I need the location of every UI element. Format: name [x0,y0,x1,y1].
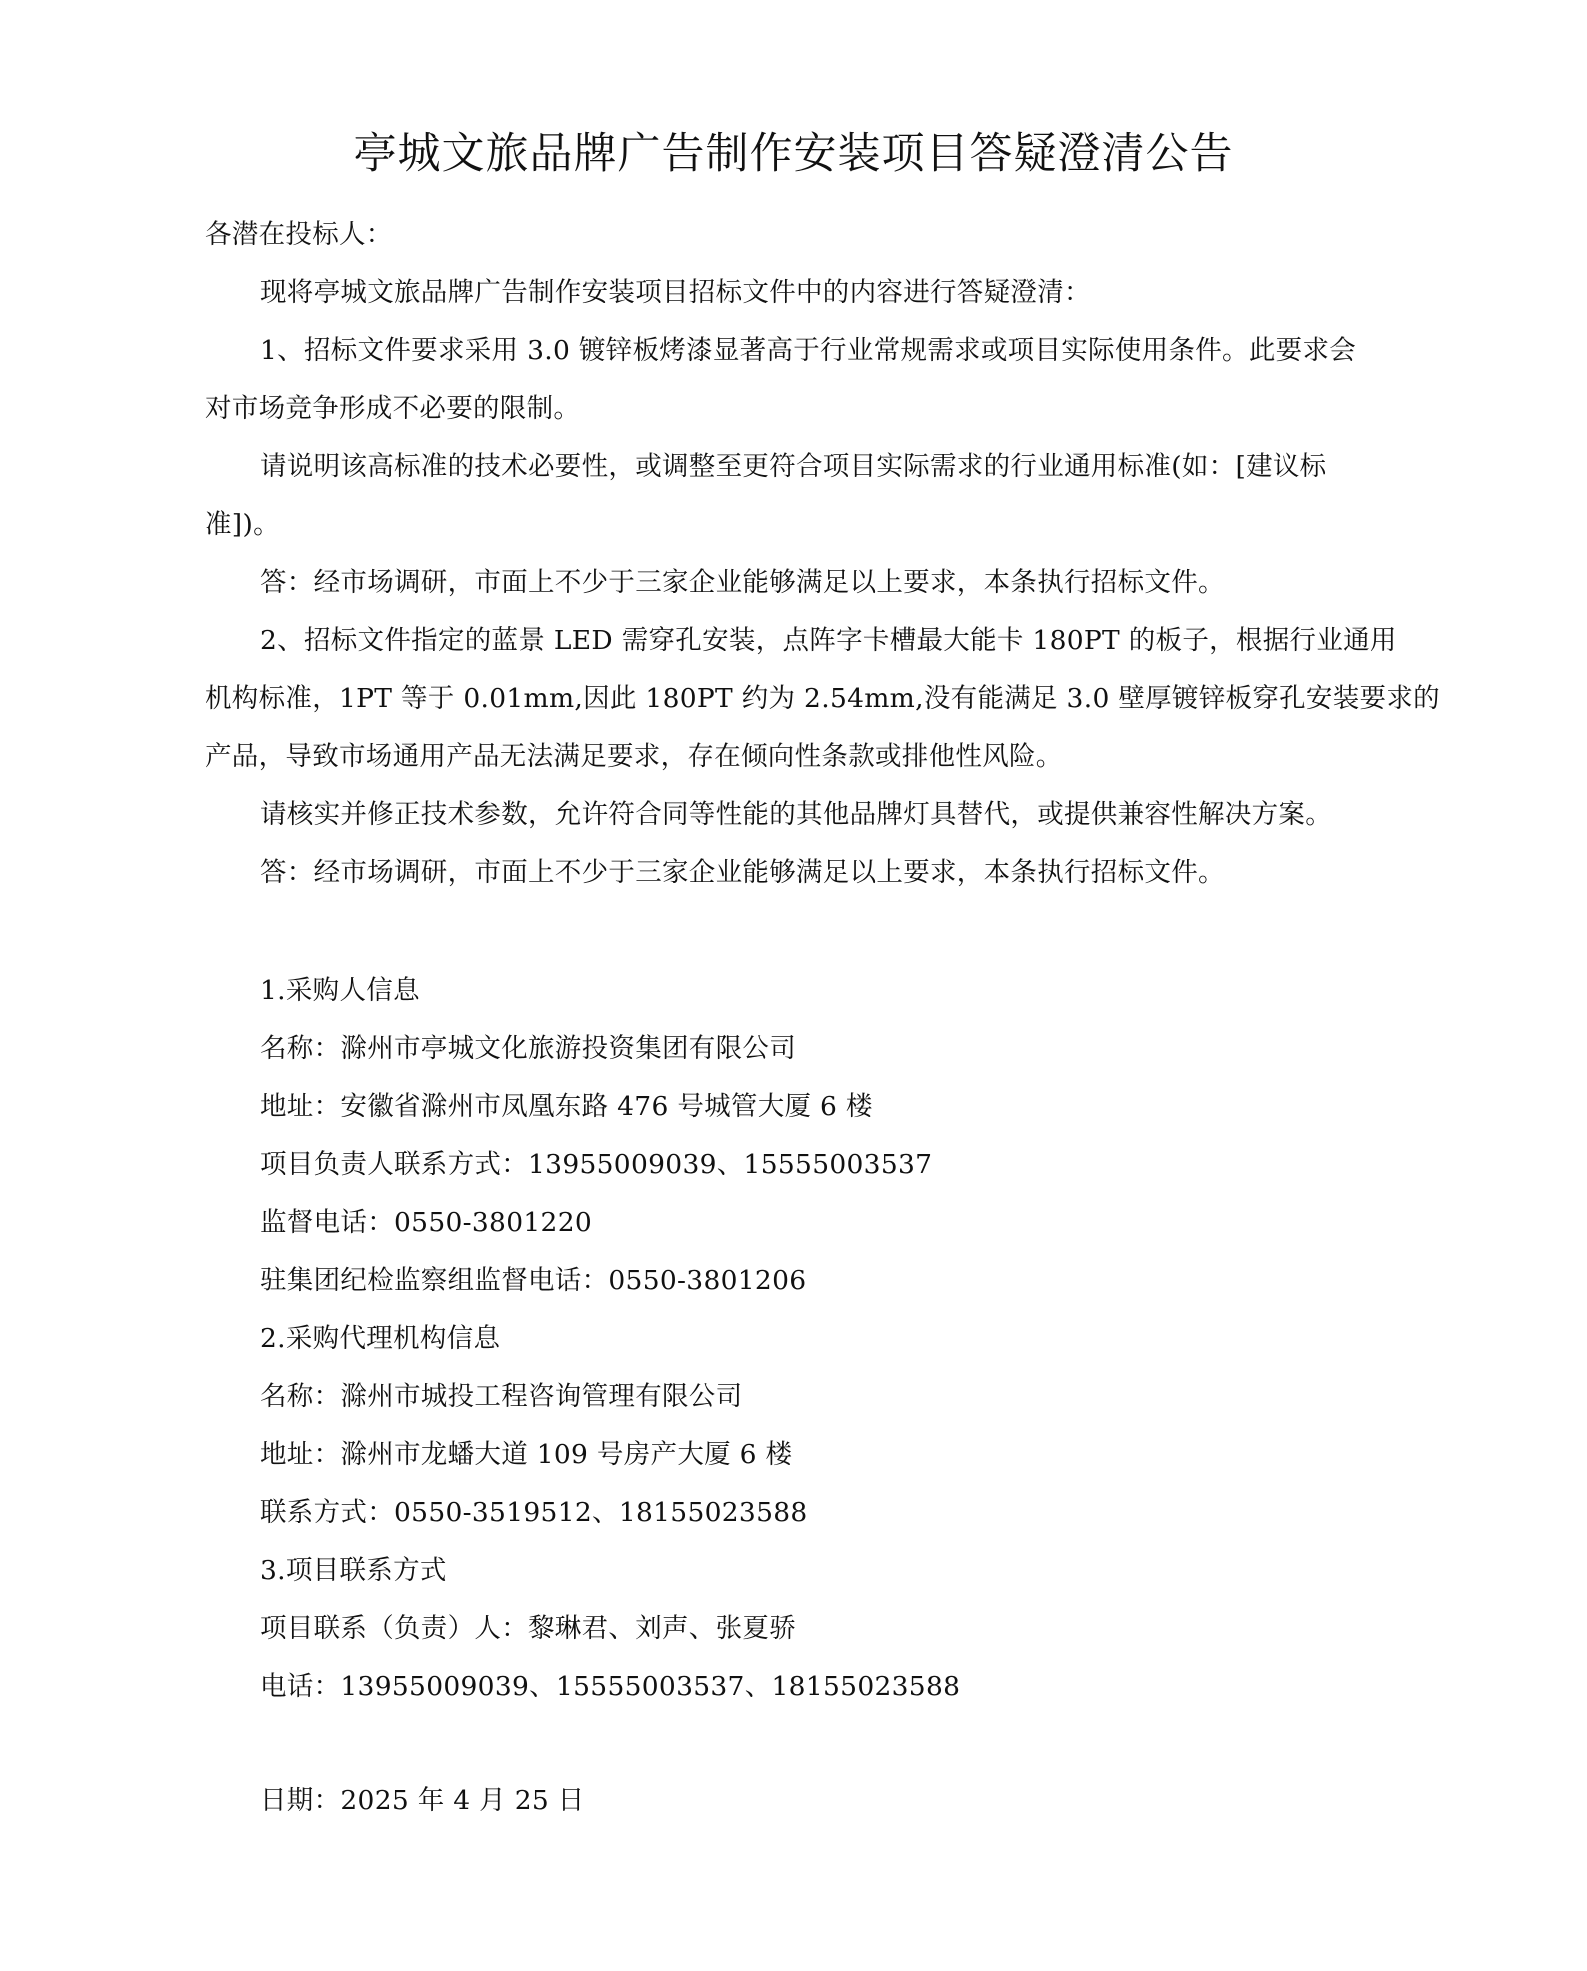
question-2-line-1: 2、招标文件指定的蓝景 LED 需穿孔安装，点阵字卡槽最大能卡 180PT 的板… [260,624,1440,658]
answer-2: 答：经市场调研，市面上不少于三家企业能够满足以上要求，本条执行招标文件。 [260,856,1440,890]
question-1-line-2: 对市场竞争形成不必要的限制。 [205,392,1385,426]
question-2-request: 请核实并修正技术参数，允许符合同等性能的其他品牌灯具替代，或提供兼容性解决方案。 [260,798,1440,832]
question-1-request-line-1: 请说明该高标准的技术必要性，或调整至更符合项目实际需求的行业通用标准(如：[建议… [260,450,1440,484]
question-1-line-1: 1、招标文件要求采用 3.0 镀锌板烤漆显著高于行业常规需求或项目实际使用条件。… [260,334,1440,368]
answer-1: 答：经市场调研，市面上不少于三家企业能够满足以上要求，本条执行招标文件。 [260,566,1440,600]
project-contact-persons: 项目联系（负责）人：黎琳君、刘声、张夏骄 [260,1612,1440,1646]
agency-heading: 2.采购代理机构信息 [260,1322,1440,1356]
agency-address: 地址：滁州市龙蟠大道 109 号房产大厦 6 楼 [260,1438,1440,1472]
purchaser-address: 地址：安徽省滁州市凤凰东路 476 号城管大厦 6 楼 [260,1090,1440,1124]
purchaser-heading: 1.采购人信息 [260,974,1440,1008]
salutation: 各潜在投标人： [205,218,1385,252]
question-2-line-2: 机构标准，1PT 等于 0.01mm,因此 180PT 约为 2.54mm,没有… [205,682,1385,716]
document-title: 亭城文旅品牌广告制作安装项目答疑澄清公告 [0,124,1587,184]
intro-paragraph: 现将亭城文旅品牌广告制作安装项目招标文件中的内容进行答疑澄清： [260,276,1440,310]
supervision-phone: 监督电话：0550-3801220 [260,1206,1440,1240]
project-contact-heading: 3.项目联系方式 [260,1554,1440,1588]
agency-contact: 联系方式：0550-3519512、18155023588 [260,1496,1440,1530]
question-2-line-3: 产品，导致市场通用产品无法满足要求，存在倾向性条款或排他性风险。 [205,740,1385,774]
project-contact-phones: 电话：13955009039、15555003537、18155023588 [260,1670,1440,1704]
purchaser-contact: 项目负责人联系方式：13955009039、15555003537 [260,1148,1440,1182]
document-date: 日期：2025 年 4 月 25 日 [260,1784,1440,1818]
discipline-phone: 驻集团纪检监察组监督电话：0550-3801206 [260,1264,1440,1298]
question-1-request-line-2: 准])。 [205,508,1385,542]
purchaser-name: 名称：滁州市亭城文化旅游投资集团有限公司 [260,1032,1440,1066]
agency-name: 名称：滁州市城投工程咨询管理有限公司 [260,1380,1440,1414]
document-page: 亭城文旅品牌广告制作安装项目答疑澄清公告 各潜在投标人： 现将亭城文旅品牌广告制… [0,0,1587,1971]
